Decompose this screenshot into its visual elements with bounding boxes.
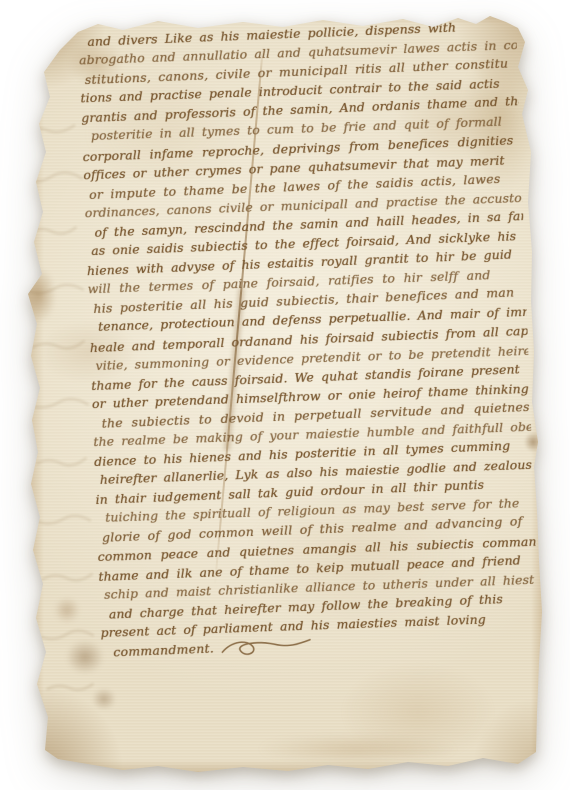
paraph-flourish-icon bbox=[220, 635, 313, 659]
handwritten-text-block: and divers Like as his maiestie pollicie… bbox=[78, 16, 539, 662]
final-word: commandment. bbox=[113, 639, 214, 662]
stain bbox=[92, 688, 116, 710]
stain bbox=[22, 267, 56, 323]
stain bbox=[66, 640, 104, 674]
stain bbox=[54, 597, 80, 623]
photo-background: and divers Like as his maiestie pollicie… bbox=[0, 0, 570, 790]
stain bbox=[258, 734, 458, 764]
manuscript-page: and divers Like as his maiestie pollicie… bbox=[28, 12, 544, 778]
paper-drop-shadow: and divers Like as his maiestie pollicie… bbox=[0, 0, 570, 790]
